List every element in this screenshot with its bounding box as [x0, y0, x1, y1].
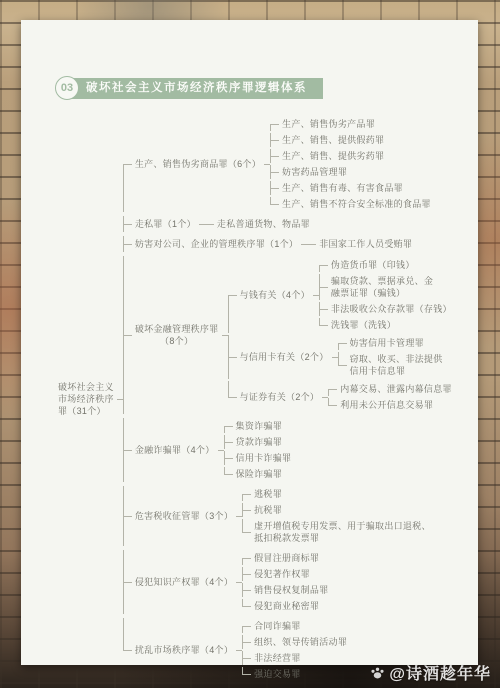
tree-node-label: 生产、销售伪劣产品罪 [279, 117, 378, 131]
tree-branch: 生产、销售伪劣产品罪 [270, 117, 434, 131]
tree-node-label: 非国家工作人员受贿罪 [316, 237, 415, 251]
tree-node-label: 洗钱罪（洗钱） [328, 318, 399, 332]
tree-branch: 假冒注册商标罪 [242, 551, 331, 565]
tree-branch: 贷款诈骗罪 [224, 435, 295, 449]
tree-node-label: 逃税罪 [251, 487, 285, 501]
tree-branch: 走私罪（1个）走私普通货物、物品罪 [123, 216, 455, 232]
tree-branch: 合同诈骗罪 [242, 619, 350, 633]
tree-node-label: 金融诈骗罪（4个） [132, 443, 218, 457]
tree-node-label: 虚开增值税专用发票、用于骗取出口退税、 抵扣税款发票罪 [251, 519, 434, 545]
tree-node-label: 伪造货币罪（印钱） [328, 258, 418, 272]
logic-tree: 破坏社会主义 市场经济秩序 罪（31个）生产、销售伪劣商品罪（6个）生产、销售伪… [55, 114, 478, 684]
tree-node-label: 与钱有关（4个） [237, 288, 313, 302]
tree-node-label: 侵犯商业秘密罪 [251, 599, 322, 613]
tree-node-label: 破坏金融管理秩序罪 （8个） [132, 322, 222, 348]
tree-branch: 生产、销售、提供假药罪 [270, 133, 434, 147]
tree-branch: 侵犯著作权罪 [242, 567, 331, 581]
tree-branch: 抗税罪 [242, 503, 434, 517]
tree-branch: 窃取、收买、非法提供 信用卡信息罪 [338, 352, 446, 378]
tree-branch: 伪造货币罪（印钱） [319, 258, 455, 272]
tree-node-label: 侵犯著作权罪 [251, 567, 313, 581]
tree-node-label: 贷款诈骗罪 [233, 435, 286, 449]
tree-node-label: 危害税收征管罪（3个） [132, 509, 236, 523]
tree-node-label: 妨害信用卡管理罪 [347, 336, 427, 350]
section-title-banner: 破坏社会主义市场经济秩序罪逻辑体系 [68, 78, 323, 99]
tree-node-label: 生产、销售、提供假药罪 [279, 133, 387, 147]
tree-branch: 利用未公开信息交易罪 [328, 398, 455, 412]
tree-node-label: 侵犯知识产权罪（4个） [132, 575, 236, 589]
tree-branch: 妨害对公司、企业的管理秩序罪（1个）非国家工作人员受贿罪 [123, 236, 455, 252]
tree-branch: 与证券有关（2个）内幕交易、泄露内幕信息罪利用未公开信息交易罪 [228, 381, 455, 413]
tree-node-label: 销售侵权复制品罪 [251, 583, 331, 597]
watermark: @诗酒趁年华 [370, 661, 491, 684]
tree-node-label: 走私罪（1个） [132, 217, 199, 231]
tree-branch: 非法吸收公众存款罪（存钱） [319, 302, 455, 316]
section-number-badge: 03 [55, 76, 79, 100]
tree-branch: 组织、领导传销活动罪 [242, 635, 350, 649]
tree-branch: 销售侵权复制品罪 [242, 583, 331, 597]
tree-branch: 非国家工作人员受贿罪 [307, 237, 415, 251]
tree-node-label: 非法经营罪 [251, 651, 304, 665]
tree-branch: 妨害药品管理罪 [270, 165, 434, 179]
tree-branch: 生产、销售、提供劣药罪 [270, 149, 434, 163]
tree-branch: 危害税收征管罪（3个）逃税罪抗税罪虚开增值税专用发票、用于骗取出口退税、 抵扣税… [123, 486, 455, 546]
tree-node-label: 骗取贷款、票据承兑、金 融票证罪（骗钱） [328, 274, 436, 300]
tree-node-label: 与证券有关（2个） [237, 390, 323, 404]
section-header: 03 破坏社会主义市场经济秩序罪逻辑体系 [55, 76, 478, 100]
tree-branch: 信用卡诈骗罪 [224, 451, 295, 465]
tree-branch: 金融诈骗罪（4个）集资诈骗罪贷款诈骗罪信用卡诈骗罪保险诈骗罪 [123, 418, 455, 482]
tree-branch: 侵犯知识产权罪（4个）假冒注册商标罪侵犯著作权罪销售侵权复制品罪侵犯商业秘密罪 [123, 550, 455, 614]
tree-node-label: 假冒注册商标罪 [251, 551, 322, 565]
tree-node-label: 妨害对公司、企业的管理秩序罪（1个） [132, 237, 301, 251]
tree-branch: 破坏金融管理秩序罪 （8个）与钱有关（4个）伪造货币罪（印钱）骗取贷款、票据承兑… [123, 256, 455, 414]
tree-branch: 逃税罪 [242, 487, 434, 501]
tree-branch: 非法经营罪 [242, 651, 350, 665]
tree-node-label: 生产、销售不符合安全标准的食品罪 [279, 197, 434, 211]
tree-node-label: 走私普通货物、物品罪 [214, 217, 313, 231]
tree-node-label: 内幕交易、泄露内幕信息罪 [337, 382, 455, 396]
tree-node-label: 保险诈骗罪 [233, 467, 286, 481]
tree-node-label: 强迫交易罪 [251, 667, 304, 681]
tree-branch: 生产、销售有毒、有害食品罪 [270, 181, 434, 195]
tree-branch: 侵犯商业秘密罪 [242, 599, 331, 613]
tree-node-label: 妨害药品管理罪 [279, 165, 350, 179]
tree-branch: 走私普通货物、物品罪 [205, 217, 313, 231]
tree-branch: 虚开增值税专用发票、用于骗取出口退税、 抵扣税款发票罪 [242, 519, 434, 545]
tree-node-label: 非法吸收公众存款罪（存钱） [328, 302, 455, 316]
paper-card: 03 破坏社会主义市场经济秩序罪逻辑体系 破坏社会主义 市场经济秩序 罪（31个… [21, 20, 478, 665]
tree-branch: 生产、销售不符合安全标准的食品罪 [270, 197, 434, 211]
tree-node-label: 窃取、收买、非法提供 信用卡信息罪 [347, 352, 446, 378]
tree-node-label: 抗税罪 [251, 503, 285, 517]
tree-node-label: 组织、领导传销活动罪 [251, 635, 350, 649]
tree-branch: 保险诈骗罪 [224, 467, 295, 481]
tree-node-label: 生产、销售、提供劣药罪 [279, 149, 387, 163]
tree-node-label: 利用未公开信息交易罪 [337, 398, 436, 412]
tree-node-label: 集资诈骗罪 [233, 419, 286, 433]
tree-node-label: 信用卡诈骗罪 [233, 451, 295, 465]
tree-node-label: 合同诈骗罪 [251, 619, 304, 633]
tree-branch: 妨害信用卡管理罪 [338, 336, 446, 350]
tree-node-label: 与信用卡有关（2个） [237, 350, 332, 364]
tree-branch: 集资诈骗罪 [224, 419, 295, 433]
tree-branch: 内幕交易、泄露内幕信息罪 [328, 382, 455, 396]
tree-branch: 与钱有关（4个）伪造货币罪（印钱）骗取贷款、票据承兑、金 融票证罪（骗钱）非法吸… [228, 257, 455, 333]
tree-branch: 强迫交易罪 [242, 667, 350, 681]
tree-node-label: 生产、销售伪劣商品罪（6个） [132, 157, 264, 171]
tree-branch: 洗钱罪（洗钱） [319, 318, 455, 332]
paw-icon [370, 665, 385, 680]
tree-branch: 骗取贷款、票据承兑、金 融票证罪（骗钱） [319, 274, 455, 300]
tree-branch: 生产、销售伪劣商品罪（6个）生产、销售伪劣产品罪生产、销售、提供假药罪生产、销售… [123, 116, 455, 212]
watermark-text: @诗酒趁年华 [389, 661, 491, 684]
tree-node-label: 生产、销售有毒、有害食品罪 [279, 181, 406, 195]
tree-node-label: 扰乱市场秩序罪（4个） [132, 643, 236, 657]
tree-branch: 与信用卡有关（2个）妨害信用卡管理罪窃取、收买、非法提供 信用卡信息罪 [228, 335, 455, 379]
tree-node-label: 破坏社会主义 市场经济秩序 罪（31个） [55, 380, 117, 418]
